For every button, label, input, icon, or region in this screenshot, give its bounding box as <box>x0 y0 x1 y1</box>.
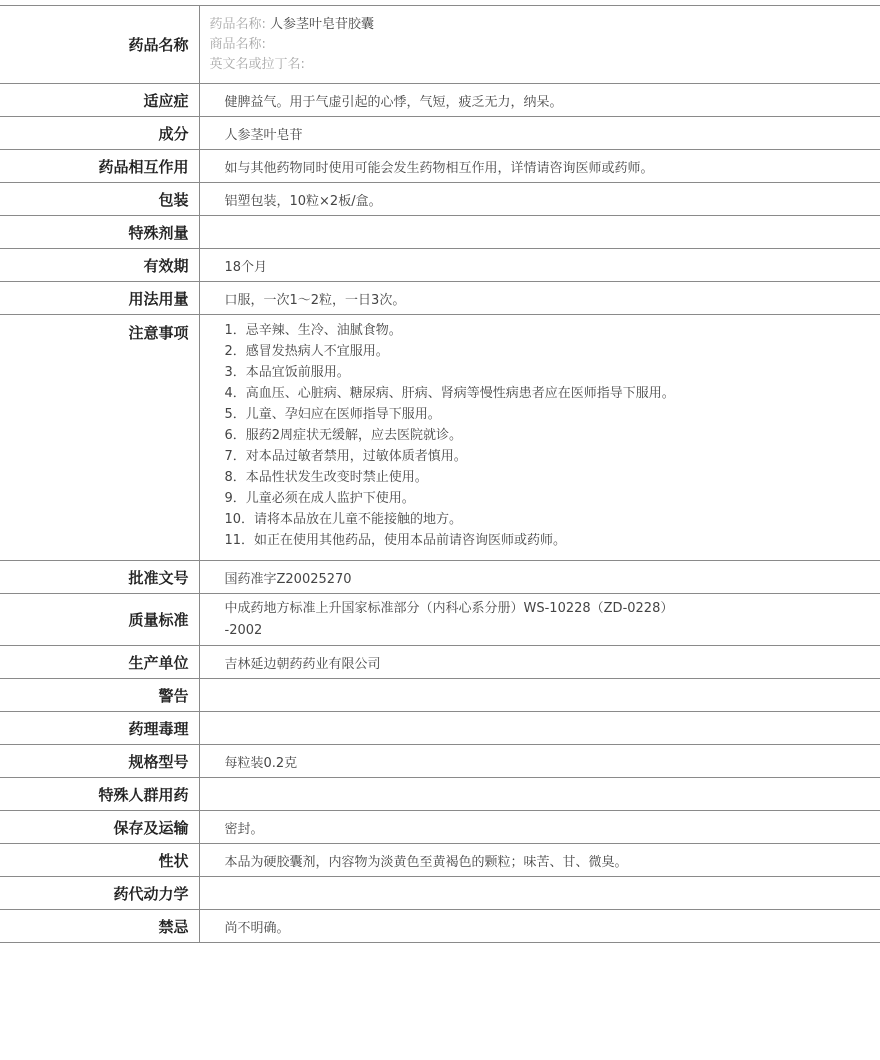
row-quality-standard: 质量标准 中成药地方标准上升国家标准部分（内科心系分册）WS-10228（ZD-… <box>0 594 880 646</box>
trade-name-label: 商品名称: <box>210 37 266 52</box>
row-label: 批准文号 <box>0 561 199 594</box>
row-label: 适应症 <box>0 84 199 117</box>
row-label: 特殊剂量 <box>0 216 199 249</box>
row-drug-name: 药品名称 药品名称: 人参茎叶皂苷胶囊 商品名称: 英文名或拉丁名: <box>0 6 880 84</box>
row-value: 口服，一次1～2粒，一日3次。 <box>199 282 880 315</box>
row-label: 特殊人群用药 <box>0 778 199 811</box>
precaution-item: 2．感冒发热病人不宜服用。 <box>225 341 880 362</box>
drug-name-values: 药品名称: 人参茎叶皂苷胶囊 商品名称: 英文名或拉丁名: <box>199 6 880 84</box>
precaution-item: 7．对本品过敏者禁用，过敏体质者慎用。 <box>225 446 880 467</box>
row-shelf-life: 有效期 18个月 <box>0 249 880 282</box>
row-value: 每粒装0.2克 <box>199 745 880 778</box>
quality-standard-line2: -2002 <box>225 620 880 642</box>
row-warning: 警告 <box>0 679 880 712</box>
row-label: 药代动力学 <box>0 877 199 910</box>
row-value: 铝塑包装，10粒×2板/盒。 <box>199 183 880 216</box>
precaution-item: 6．服药2周症状无缓解，应去医院就诊。 <box>225 425 880 446</box>
row-value <box>199 679 880 712</box>
row-usage: 用法用量 口服，一次1～2粒，一日3次。 <box>0 282 880 315</box>
row-specification: 规格型号 每粒装0.2克 <box>0 745 880 778</box>
row-contraindications: 禁忌 尚不明确。 <box>0 910 880 943</box>
row-indications: 适应症 健脾益气。用于气虚引起的心悸，气短，疲乏无力，纳呆。 <box>0 84 880 117</box>
precautions-list: 1．忌辛辣、生冷、油腻食物。 2．感冒发热病人不宜服用。 3．本品宜饭前服用。 … <box>199 315 880 561</box>
row-label: 性状 <box>0 844 199 877</box>
row-value: 本品为硬胶囊剂，内容物为淡黄色至黄褐色的颗粒；味苦、甘、微臭。 <box>199 844 880 877</box>
precaution-item: 5．儿童、孕妇应在医师指导下服用。 <box>225 404 880 425</box>
generic-name-label: 药品名称: <box>210 17 266 32</box>
generic-name-line: 药品名称: 人参茎叶皂苷胶囊 <box>210 15 880 35</box>
row-label: 成分 <box>0 117 199 150</box>
row-value <box>199 778 880 811</box>
row-label: 质量标准 <box>0 594 199 646</box>
row-value: 国药准字Z20025270 <box>199 561 880 594</box>
precaution-item: 8．本品性状发生改变时禁止使用。 <box>225 467 880 488</box>
row-approval-number: 批准文号 国药准字Z20025270 <box>0 561 880 594</box>
row-value: 人参茎叶皂苷 <box>199 117 880 150</box>
english-name-line: 英文名或拉丁名: <box>210 55 880 75</box>
row-value: 尚不明确。 <box>199 910 880 943</box>
row-label: 用法用量 <box>0 282 199 315</box>
row-value: 密封。 <box>199 811 880 844</box>
precaution-item: 3．本品宜饭前服用。 <box>225 362 880 383</box>
row-label: 禁忌 <box>0 910 199 943</box>
row-value: 吉林延边朝药药业有限公司 <box>199 646 880 679</box>
row-interactions: 药品相互作用 如与其他药物同时使用可能会发生药物相互作用，详情请咨询医师或药师。 <box>0 150 880 183</box>
row-label: 警告 <box>0 679 199 712</box>
row-pharmacology: 药理毒理 <box>0 712 880 745</box>
precaution-item: 1．忌辛辣、生冷、油腻食物。 <box>225 320 880 341</box>
row-precautions: 注意事项 1．忌辛辣、生冷、油腻食物。 2．感冒发热病人不宜服用。 3．本品宜饭… <box>0 315 880 561</box>
row-label: 保存及运输 <box>0 811 199 844</box>
row-label: 药理毒理 <box>0 712 199 745</box>
row-value: 健脾益气。用于气虚引起的心悸，气短，疲乏无力，纳呆。 <box>199 84 880 117</box>
row-storage: 保存及运输 密封。 <box>0 811 880 844</box>
row-label: 规格型号 <box>0 745 199 778</box>
row-label: 药品相互作用 <box>0 150 199 183</box>
row-value: 18个月 <box>199 249 880 282</box>
row-special-population: 特殊人群用药 <box>0 778 880 811</box>
row-value: 如与其他药物同时使用可能会发生药物相互作用，详情请咨询医师或药师。 <box>199 150 880 183</box>
row-value <box>199 877 880 910</box>
row-manufacturer: 生产单位 吉林延边朝药药业有限公司 <box>0 646 880 679</box>
generic-name-value: 人参茎叶皂苷胶囊 <box>270 17 374 32</box>
row-label: 药品名称 <box>0 6 199 84</box>
english-name-label: 英文名或拉丁名: <box>210 57 305 72</box>
precaution-item: 9．儿童必须在成人监护下使用。 <box>225 488 880 509</box>
row-label: 生产单位 <box>0 646 199 679</box>
row-value: 中成药地方标准上升国家标准部分（内科心系分册）WS-10228（ZD-0228）… <box>199 594 880 646</box>
precaution-item: 10．请将本品放在儿童不能接触的地方。 <box>225 509 880 530</box>
trade-name-line: 商品名称: <box>210 35 880 55</box>
row-label: 有效期 <box>0 249 199 282</box>
row-special-dosage: 特殊剂量 <box>0 216 880 249</box>
row-value <box>199 216 880 249</box>
quality-standard-line1: 中成药地方标准上升国家标准部分（内科心系分册）WS-10228（ZD-0228） <box>225 598 880 620</box>
row-packaging: 包装 铝塑包装，10粒×2板/盒。 <box>0 183 880 216</box>
row-description: 性状 本品为硬胶囊剂，内容物为淡黄色至黄褐色的颗粒；味苦、甘、微臭。 <box>0 844 880 877</box>
precaution-item: 4．高血压、心脏病、糖尿病、肝病、肾病等慢性病患者应在医师指导下服用。 <box>225 383 880 404</box>
precaution-item: 11．如正在使用其他药品，使用本品前请咨询医师或药师。 <box>225 530 880 551</box>
row-ingredients: 成分 人参茎叶皂苷 <box>0 117 880 150</box>
row-label: 包装 <box>0 183 199 216</box>
row-pharmacokinetics: 药代动力学 <box>0 877 880 910</box>
row-value <box>199 712 880 745</box>
row-label: 注意事项 <box>0 315 199 561</box>
drug-spec-table: 药品名称 药品名称: 人参茎叶皂苷胶囊 商品名称: 英文名或拉丁名: 适应症 健… <box>0 5 880 943</box>
